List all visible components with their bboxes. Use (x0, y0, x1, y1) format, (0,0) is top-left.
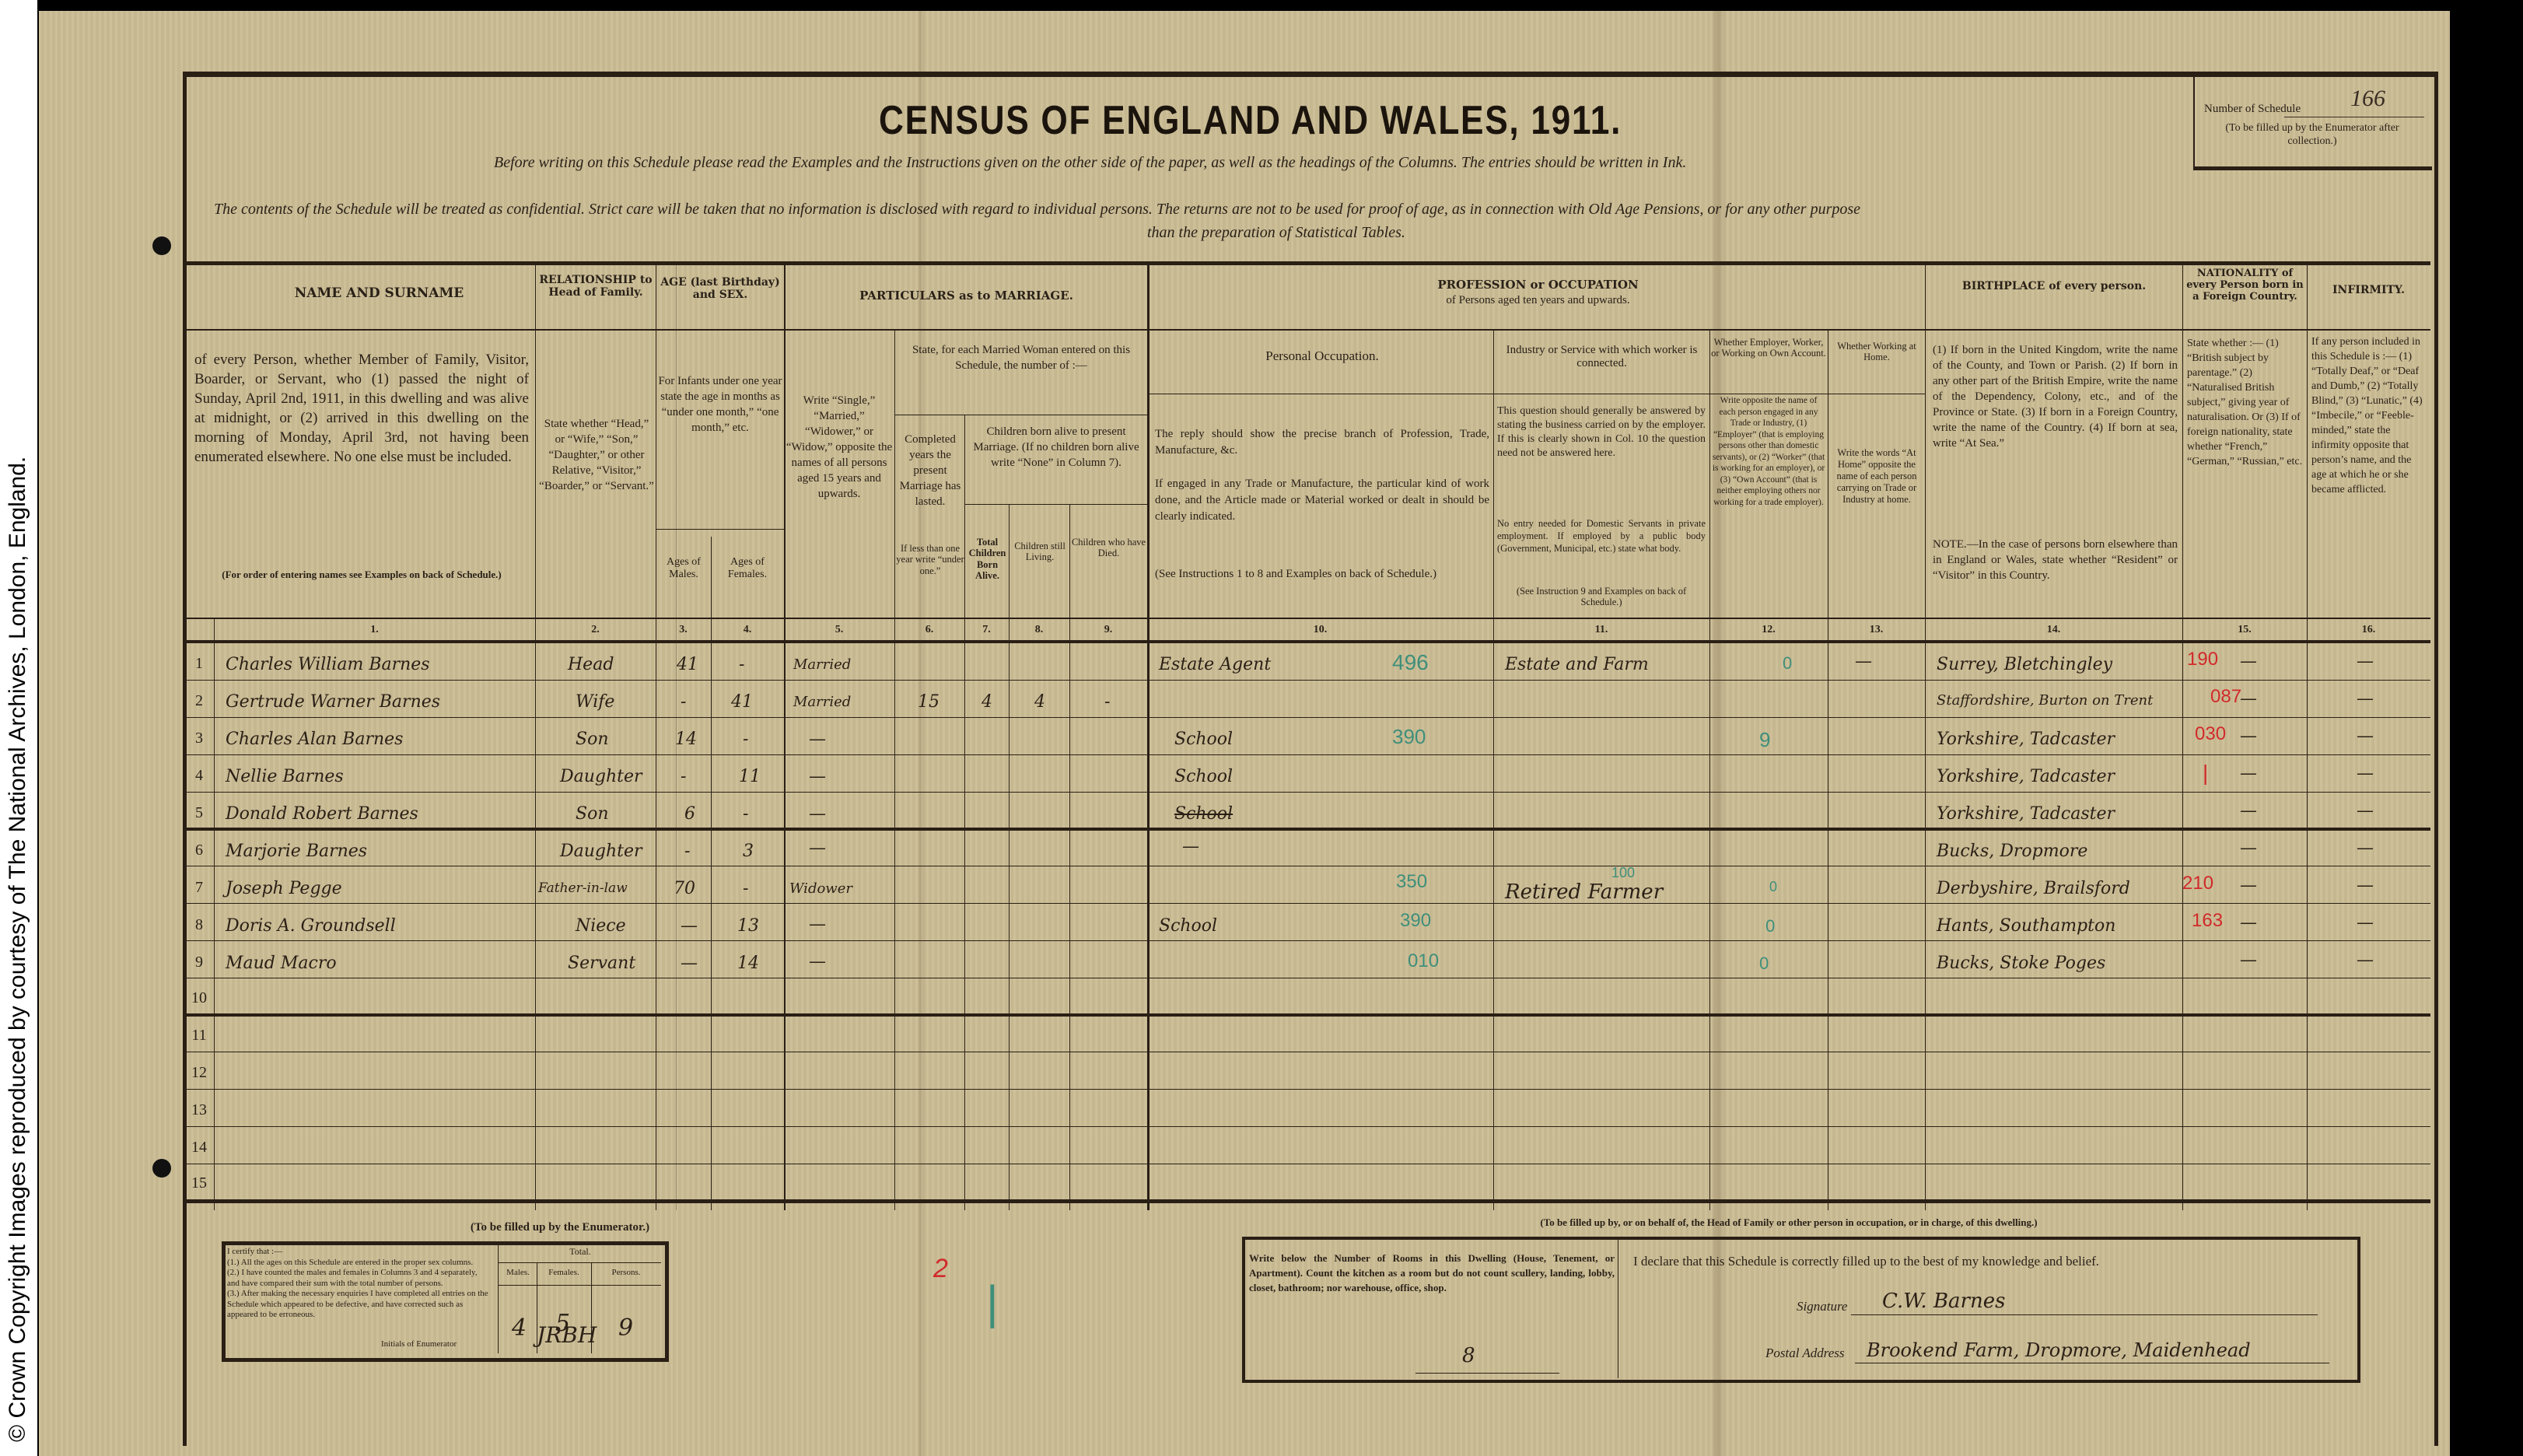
relationship: Head (568, 655, 614, 674)
schedule-number-label: Number of Schedule (2204, 103, 2301, 116)
row-number: 13 (184, 1101, 215, 1119)
nationality: — (2240, 913, 2257, 933)
age-female: 3 (743, 842, 754, 861)
nationality: — (2240, 764, 2257, 783)
age-male: - (681, 692, 686, 712)
industry-code: 100 (1611, 865, 1635, 881)
person-name: Nellie Barnes (226, 767, 344, 786)
person-name: Gertrude Warner Barnes (226, 692, 440, 712)
birthplace-code: 163 (2192, 910, 2223, 932)
row-number: 15 (184, 1174, 215, 1192)
relationship: Son (576, 730, 609, 749)
occupation: Estate Agent (1159, 655, 1271, 674)
industry: Estate and Farm (1505, 655, 1649, 674)
col14-title: BIRTHPLACE of every person. (1927, 280, 2181, 292)
birthplace-code: 030 (2195, 723, 2226, 745)
subgroup-rule (964, 504, 1147, 505)
punch-hole (152, 1159, 171, 1178)
age-male: — (681, 954, 698, 973)
children-born: 4 (982, 692, 992, 712)
marital-status: Married (793, 656, 851, 673)
nationality: — (2240, 950, 2257, 970)
relationship: Daughter (560, 767, 642, 786)
col-divider (2307, 263, 2308, 1210)
age-male: - (684, 842, 690, 861)
subgroup-rule (656, 529, 784, 530)
row-number: 10 (184, 989, 215, 1007)
children-living: 4 (1034, 692, 1045, 712)
col-number: 1. (214, 624, 535, 636)
marital-status: Widower (789, 880, 852, 897)
birthplace: Staffordshire, Burton on Trent (1937, 692, 2153, 709)
marital-status: — (809, 804, 826, 824)
col10-description-2: If engaged in any Trade or Manufacture, … (1155, 476, 1489, 525)
col3-title: AGE (last Birthday) and SEX. (658, 276, 782, 301)
person-name: Joseph Pegge (226, 879, 342, 898)
birthplace: Bucks, Dropmore (1937, 842, 2087, 861)
declaration: I declare that this Schedule is correctl… (1633, 1254, 2349, 1269)
row-number: 7 (184, 879, 215, 897)
birthplace-code: 190 (2187, 649, 2218, 670)
birthplace: Yorkshire, Tadcaster (1937, 804, 2115, 824)
row-rule (185, 866, 2430, 866)
row-rule (185, 903, 2430, 904)
relationship: Wife (576, 692, 614, 712)
birthplace: Derbyshire, Brailsford (1937, 879, 2130, 898)
marital-status: — (809, 767, 826, 786)
row-rule (185, 680, 2430, 681)
certify-item-1: (1.) All the ages on this Schedule are e… (227, 1258, 492, 1269)
birthplace: Bucks, Stoke Poges (1937, 954, 2105, 973)
row-rule (185, 792, 2430, 793)
total-label: Total. (499, 1247, 661, 1258)
col6-note: If less than one year write “under one.” (896, 543, 964, 576)
infirmity: — (2357, 801, 2374, 821)
infirmity: — (2357, 876, 2374, 895)
col-number: 4. (711, 624, 784, 636)
col3-sub: Ages of Males. (657, 556, 710, 581)
row-number: 1 (184, 655, 215, 673)
relationship: Daughter (560, 842, 642, 861)
age-female: 13 (737, 916, 759, 936)
totals-divider (537, 1262, 537, 1353)
certify-item-3: (3.) After making the necessary enquirie… (227, 1289, 492, 1321)
margin-red-mark: 2 (933, 1254, 948, 1284)
col-divider (964, 415, 965, 1210)
schedule-number-value: 166 (2350, 86, 2385, 112)
row-number: 3 (184, 730, 215, 747)
col10-13-group-title: PROFESSION or OCCUPATION (1151, 278, 1925, 292)
row-rule-heavy (185, 828, 2430, 831)
age-male: — (681, 916, 698, 936)
total-values-rule (498, 1285, 661, 1286)
col10-title: Personal Occupation. (1151, 348, 1493, 364)
col-number: 11. (1493, 624, 1709, 636)
col-divider (711, 537, 712, 1210)
nationality: — (2240, 801, 2257, 821)
row-rule (185, 754, 2430, 755)
employer-status: 0 (1759, 954, 1769, 974)
industry: Retired Farmer (1505, 880, 1663, 904)
age-female: - (743, 804, 748, 824)
age-male: 6 (684, 804, 695, 824)
col-divider (1493, 331, 1494, 1210)
margin-green-mark: | (986, 1276, 999, 1329)
certificate-divider (498, 1244, 499, 1353)
males-label: Males. (499, 1268, 537, 1278)
infirmity: — (2357, 726, 2374, 746)
col2-title: RELATIONSHIP to Head of Family. (537, 274, 655, 299)
col12-title: Whether Employer, Worker, or Working on … (1711, 337, 1826, 359)
schedule-number-note: (To be filled up by the Enumerator after… (2199, 121, 2425, 148)
infirmity: — (2357, 689, 2374, 709)
confidential-line-2: than the preparation of Statistical Tabl… (1147, 224, 1405, 242)
age-female: 41 (731, 692, 753, 712)
col-divider (2182, 263, 2183, 1210)
subgroup-rule (894, 415, 1147, 415)
col1-description: of every Person, whether Member of Famil… (194, 350, 529, 467)
row-rule (185, 1164, 2430, 1164)
instruction-line: Before writing on this Schedule please r… (494, 154, 1686, 172)
rooms-count: 8 (1462, 1344, 1475, 1367)
table-top-rule (185, 261, 2430, 265)
col-divider (1709, 331, 1710, 1210)
marital-status: Married (793, 694, 851, 710)
col5-9-group-title: PARTICULARS as to MARRIAGE. (786, 289, 1147, 303)
col13-description: Write the words “At Home” opposite the n… (1829, 447, 1924, 506)
birthplace: Yorkshire, Tadcaster (1937, 730, 2115, 749)
col7-description: Total Children Born Alive. (966, 537, 1009, 582)
initials-label: Initials of Enumerator (381, 1339, 474, 1349)
schedule-number-line (2284, 117, 2424, 117)
enumerator-heading: (To be filled up by the Enumerator.) (404, 1221, 716, 1234)
confidential-line: The contents of the Schedule will be tre… (214, 201, 1860, 219)
row-rule (185, 978, 2430, 978)
infirmity: — (2357, 838, 2374, 858)
relationship: Son (576, 804, 609, 824)
infirmity: — (2357, 652, 2374, 671)
col14-note: NOTE.—In the case of persons born elsewh… (1933, 537, 2178, 583)
occupation-code: 350 (1396, 871, 1427, 893)
marital-status: — (809, 952, 826, 971)
signature-line (1851, 1314, 2318, 1315)
total-females: 5 (555, 1310, 570, 1337)
person-name: Charles William Barnes (226, 655, 430, 674)
col-number: 12. (1709, 624, 1828, 636)
certify-intro: I certify that :— (227, 1247, 492, 1258)
address-line (1855, 1363, 2329, 1363)
rooms-instruction: Write below the Number of Rooms in this … (1249, 1251, 1615, 1295)
occupation-code: 390 (1392, 725, 1426, 749)
employer-status: 0 (1783, 653, 1792, 674)
row-rule (185, 717, 2430, 718)
col16-title: INFIRMITY. (2308, 284, 2429, 296)
age-female: 14 (737, 954, 759, 973)
col15-description: State whether :— (1) “British subject by… (2187, 336, 2304, 469)
col7-9-subgroup: Children born alive to present Marriage.… (966, 424, 1146, 471)
person-name: Marjorie Barnes (226, 842, 367, 861)
employer-status: 0 (1765, 916, 1775, 936)
page-title: CENSUS OF ENGLAND AND WALES, 1911. (879, 97, 1622, 144)
nationality: — (2240, 838, 2257, 858)
nationality: — (2240, 652, 2257, 671)
children-died: - (1104, 692, 1110, 712)
row-number: 4 (184, 767, 215, 785)
col5-description: Write “Single,” “Married,” “Widower,” or… (786, 393, 893, 502)
col8-description: Children still Living. (1010, 541, 1069, 563)
col-number: 9. (1069, 624, 1147, 636)
row-number: 9 (184, 954, 215, 971)
copyright-notice: © Crown Copyright Images reproduced by c… (5, 333, 31, 1447)
signature: C.W. Barnes (1882, 1290, 2005, 1313)
occupation-code: 496 (1392, 650, 1429, 675)
birthplace-code: | (2203, 761, 2208, 786)
person-name: Doris A. Groundsell (226, 916, 396, 936)
total-rule (498, 1262, 661, 1263)
rooms-line (1415, 1373, 1559, 1374)
subgroup-rule (1147, 394, 1925, 394)
col6-9-group-description: State, for each Married Woman entered on… (896, 342, 1146, 373)
row-rule (185, 1052, 2430, 1052)
col-divider (1009, 504, 1010, 1210)
col11-note: (See Instruction 9 and Examples on back … (1497, 586, 1706, 608)
col-divider (894, 331, 895, 1210)
row-number: 5 (184, 804, 215, 822)
age-female: 11 (739, 767, 761, 786)
person-name: Charles Alan Barnes (226, 730, 403, 749)
col14-description: (1) If born in the United Kingdom, write… (1933, 342, 2178, 451)
occupation: School (1159, 916, 1217, 936)
address-label: Postal Address (1765, 1346, 1845, 1361)
age-female: - (743, 730, 748, 749)
occupation-code: 010 (1408, 950, 1439, 972)
row-number: 8 (184, 916, 215, 934)
col15-title: NATIONALITY of every Person born in a Fo… (2184, 268, 2306, 303)
totals-divider (591, 1262, 592, 1353)
col-divider (1925, 263, 1926, 1210)
row-rule-heavy (185, 1013, 2430, 1017)
col-divider (1069, 504, 1070, 1210)
age-male: 41 (677, 655, 698, 674)
signature-label: Signature (1797, 1299, 1847, 1314)
col-number: 15. (2182, 624, 2307, 636)
row-number: 2 (184, 692, 215, 710)
person-name: Donald Robert Barnes (226, 804, 418, 824)
relationship: Father-in-law (538, 880, 628, 896)
enumerator-certificate: I certify that :— (1.) All the ages on t… (227, 1247, 492, 1321)
postal-address: Brookend Farm, Dropmore, Maidenhead (1867, 1339, 2251, 1361)
col-divider (656, 263, 656, 1210)
col-number: 5. (784, 624, 894, 636)
relationship: Servant (568, 954, 635, 973)
col-number: 2. (535, 624, 656, 636)
col3-description: For Infants under one year state the age… (658, 373, 782, 436)
infirmity: — (2357, 913, 2374, 933)
nationality: — (2240, 689, 2257, 709)
infirmity: — (2357, 950, 2374, 970)
col-number: 6. (894, 624, 964, 636)
colnum-rule (185, 640, 2430, 643)
occupation: School (1174, 804, 1233, 824)
col11-description-2: No entry needed for Domestic Servants in… (1497, 517, 1706, 555)
col-number: 10. (1147, 624, 1493, 636)
rooms-divider (1618, 1240, 1618, 1378)
relationship: Niece (576, 916, 626, 936)
col11-description: This question should generally be answer… (1497, 404, 1706, 460)
total-males: 4 (512, 1314, 527, 1342)
col9-description: Children who have Died. (1071, 537, 1146, 559)
col-divider (1828, 331, 1828, 1210)
person-name: Maud Macro (226, 954, 337, 973)
punch-hole (152, 236, 171, 255)
occupation: School (1174, 730, 1233, 749)
age-male: 70 (674, 879, 695, 898)
employer-status: 9 (1759, 728, 1770, 752)
age-female: - (739, 655, 744, 674)
header-divider (185, 329, 2430, 331)
col10-note: (See Instructions 1 to 8 and Examples on… (1155, 566, 1489, 583)
head-section-heading: (To be filled up by, or on behalf of, th… (1268, 1217, 2310, 1229)
schedule-number-box: Number of Schedule 166 (To be filled up … (2193, 72, 2432, 170)
age-male: - (681, 767, 686, 786)
row-number: 11 (184, 1027, 215, 1045)
certify-item-2: (2.) I have counted the males and female… (227, 1268, 492, 1289)
occupation: — (1182, 837, 1199, 856)
col-number: 14. (1925, 624, 2182, 636)
row-number: 14 (184, 1139, 215, 1157)
birthplace: Hants, Southampton (1937, 916, 2115, 936)
col1-note: (For order of entering names see Example… (194, 569, 529, 581)
col10-13-group-subtitle: of Persons aged ten years and upwards. (1151, 294, 1925, 307)
col-number: 16. (2307, 624, 2430, 636)
marital-status: — (809, 730, 826, 749)
col6-description: Completed years the present Marriage has… (896, 432, 964, 509)
occupation-code: 390 (1400, 910, 1431, 932)
col13-title: Whether Working at Home. (1829, 341, 1924, 363)
birthplace-code: 210 (2182, 873, 2213, 894)
employer-status: 0 (1769, 879, 1777, 895)
col-divider (535, 263, 536, 1210)
col-divider (1147, 263, 1150, 1210)
row-number: 6 (184, 842, 215, 859)
marital-status: — (809, 915, 826, 934)
col16-description: If any person included in this Schedule … (2311, 334, 2428, 497)
total-persons: 9 (618, 1314, 633, 1342)
col12-description: Write opposite the name of each person e… (1711, 395, 1826, 508)
occupation: School (1174, 767, 1233, 786)
birthplace: Surrey, Bletchingley (1937, 655, 2112, 674)
nationality: — (2240, 876, 2257, 895)
years-married: 15 (918, 692, 940, 712)
col11-title: Industry or Service with which worker is… (1495, 344, 1709, 371)
header-bottom-rule (185, 618, 2430, 619)
col-number: 3. (656, 624, 711, 636)
females-label: Females. (537, 1268, 591, 1278)
marital-status: — (809, 838, 826, 858)
persons-label: Persons. (591, 1268, 661, 1278)
col-number: 7. (964, 624, 1009, 636)
birthplace-code: 087 (2210, 686, 2241, 708)
col1-title: NAME AND SURNAME (226, 286, 533, 302)
col2-description: State whether “Head,” or “Wife,” “Son,” … (538, 416, 655, 494)
col-number: 8. (1009, 624, 1069, 636)
col10-description: The reply should show the precise branch… (1155, 426, 1489, 459)
col4-sub: Ages of Females. (712, 556, 783, 581)
table-bottom-rule (185, 1199, 2430, 1203)
col-number: 13. (1828, 624, 1925, 636)
nationality: — (2240, 726, 2257, 746)
row-rule (185, 1089, 2430, 1090)
age-male: 14 (675, 730, 697, 749)
row-rule (185, 940, 2430, 941)
birthplace: Yorkshire, Tadcaster (1937, 767, 2115, 786)
scan-edge (2464, 0, 2523, 1456)
infirmity: — (2357, 764, 2374, 783)
row-number: 12 (184, 1064, 215, 1082)
at-home: — (1855, 652, 1872, 671)
age-female: - (743, 879, 748, 898)
row-rule (185, 1126, 2430, 1127)
